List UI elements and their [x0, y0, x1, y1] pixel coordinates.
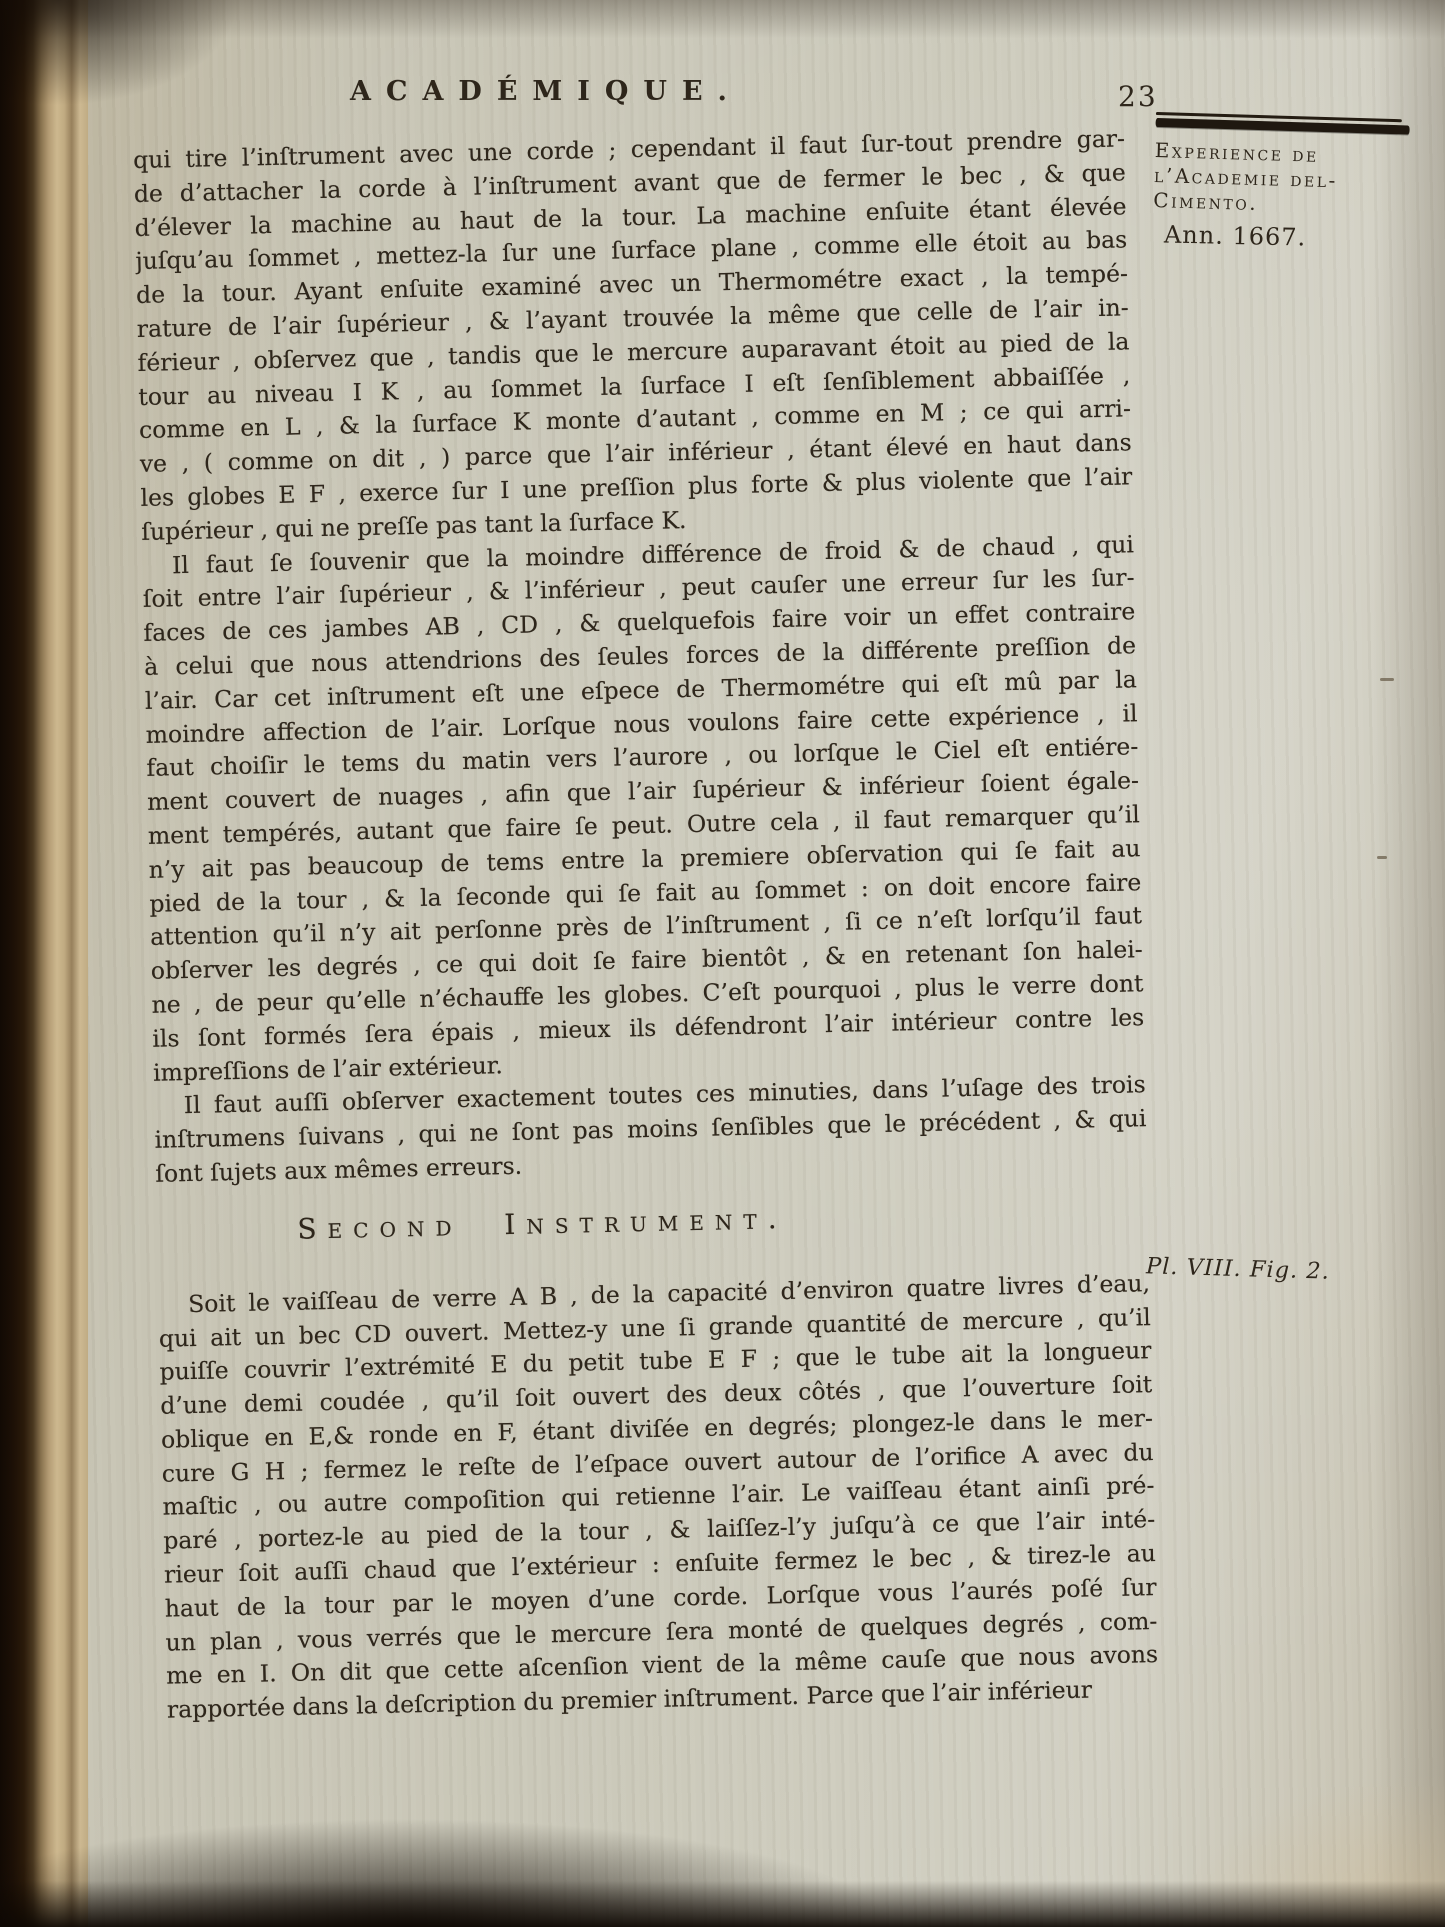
margin-note-block: Experience de l’Academie del- Cimento. — [1153, 112, 1410, 220]
folio-page-number: 23 — [1118, 80, 1158, 113]
paragraph: Il faut auſſi obſerver exactement toutes… — [153, 1068, 1147, 1191]
margin-note-plate-reference: Pl. VIII. Fig. 2. — [1146, 1253, 1331, 1284]
ink-mark — [1377, 856, 1387, 859]
paragraph: Il faut ſe ſouvenir que la moindre diffé… — [142, 528, 1146, 1090]
paragraph: qui tire l’inſtrument avec une corde ; c… — [133, 122, 1134, 549]
margin-note-year: Ann. 1667. — [1164, 221, 1307, 252]
ink-mark — [1380, 678, 1394, 681]
book-gutter-page-edges — [0, 0, 92, 1927]
running-head: ACADÉMIQUE. — [150, 76, 1142, 107]
section-heading: Second Instrument. — [46, 1193, 1039, 1255]
margin-note-experience: Experience de l’Academie del- Cimento. — [1153, 138, 1409, 221]
paragraph: Soit le vaiſſeau de verre A B , de la ca… — [158, 1267, 1159, 1728]
page-title: ACADÉMIQUE. — [350, 76, 742, 107]
main-text-column: qui tire l’inſtrument avec une corde ; c… — [133, 122, 1159, 1727]
scanned-book-page: ACADÉMIQUE. 23 qui tire l’inſtrument ave… — [0, 0, 1445, 1927]
